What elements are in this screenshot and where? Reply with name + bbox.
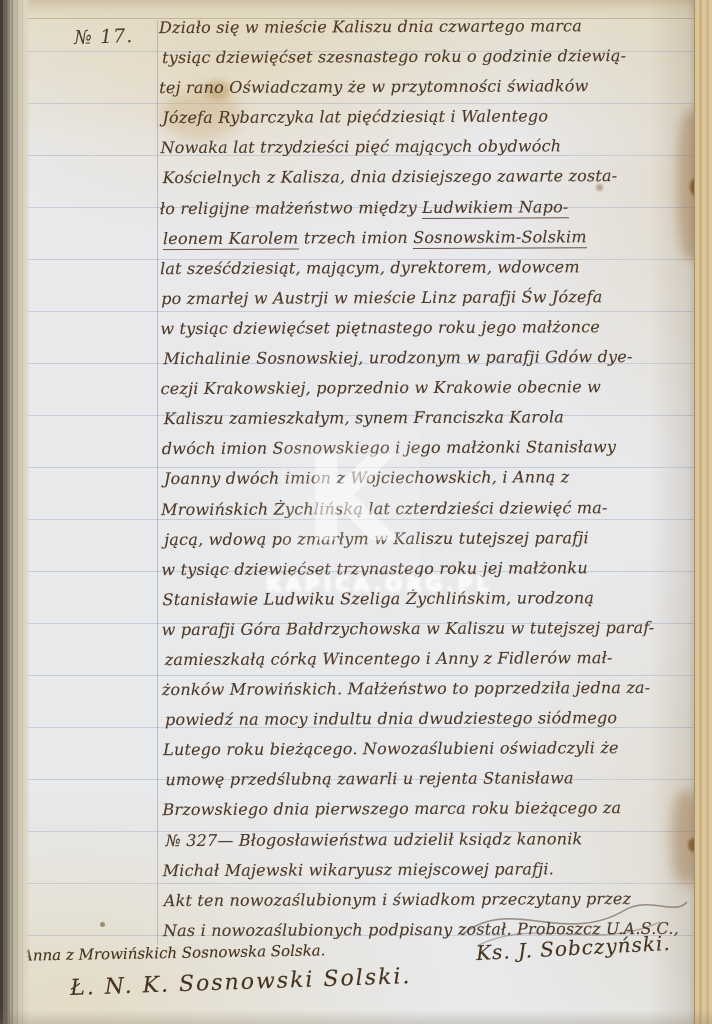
- manuscript-line: Joanny dwóch imion z Wojciechowskich, i …: [161, 467, 661, 499]
- book-gutter: [0, 0, 30, 1024]
- handwritten-text: Mrowińskich Żychlińską lat czterdzieści …: [161, 498, 608, 519]
- handwritten-text: lat sześćdziesiąt, mającym, dyrektorem, …: [160, 257, 580, 278]
- handwritten-text: w parafji Góra Bałdrzychowska w Kaliszu …: [162, 618, 655, 639]
- handwritten-text: Akt ten nowozaślubionym i świadkom przec…: [164, 889, 631, 910]
- handwritten-text: powiedź na mocy indultu dnia dwudziesteg…: [165, 708, 617, 729]
- manuscript-page: № 17. Działo się w mieście Kaliszu dnia …: [0, 0, 712, 1024]
- manuscript-line: zamieszkałą córką Wincentego i Anny z Fi…: [162, 648, 662, 680]
- page-bottom-shadow: [0, 1010, 712, 1024]
- manuscript-line: lat sześćdziesiąt, mającym, dyrektorem, …: [160, 257, 660, 289]
- manuscript-line: Brzowskiego dnia pierwszego marca roku b…: [162, 798, 662, 830]
- manuscript-line: Michalinie Sosnowskiej, urodzonym w para…: [160, 347, 660, 379]
- handwritten-text: w tysiąc dziewięćset piętnastego roku je…: [160, 317, 600, 338]
- handwritten-text: № 327— Błogosławieństwa udzielił ksiądz …: [166, 829, 583, 850]
- manuscript-line: jącą, wdową po zmarłym w Kaliszu tutejsz…: [161, 528, 661, 560]
- manuscript-line: Lutego roku bieżącego. Nowozaślubieni oś…: [162, 738, 662, 770]
- manuscript-line: Akt ten nowozaślubionym i świadkom przec…: [163, 889, 663, 921]
- book-fore-edge: [694, 0, 712, 1024]
- manuscript-line: № 327— Błogosławieństwa udzielił ksiądz …: [163, 828, 663, 860]
- manuscript-line: Działo się w mieście Kaliszu dnia czwart…: [159, 16, 659, 48]
- handwritten-text: Działo się w mieście Kaliszu dnia czwart…: [159, 16, 582, 37]
- handwritten-text: cezji Krakowskiej, poprzednio w Krakowie…: [161, 377, 602, 398]
- manuscript-line: Kaliszu zamieszkałym, synem Franciszka K…: [161, 407, 661, 439]
- manuscript-line: ło religijne małżeństwo między Ludwikiem…: [160, 196, 660, 228]
- handwritten-text: po zmarłej w Austrji w mieście Linz para…: [161, 287, 602, 308]
- handwritten-text: Józefa Rybarczyka lat pięćdziesiąt i Wal…: [162, 107, 548, 128]
- paper-stain: [100, 922, 105, 927]
- handwritten-text: żonków Mrowińskich. Małżeństwo to poprze…: [162, 678, 651, 699]
- manuscript-lines: Działo się w mieście Kaliszu dnia czwart…: [159, 16, 663, 951]
- handwritten-text: ło religijne małżeństwo między: [160, 198, 422, 218]
- handwritten-text: Michalinie Sosnowskiej, urodzonym w para…: [163, 347, 632, 368]
- handwritten-text: trzech imion: [298, 228, 413, 248]
- manuscript-line: Nowaka lat trzydzieści pięć mających oby…: [159, 136, 659, 168]
- handwritten-text: Joanny dwóch imion z Wojciechowskich, i …: [164, 468, 569, 489]
- manuscript-line: Mrowińskich Żychlińską lat czterdzieści …: [161, 497, 661, 529]
- manuscript-line: Michał Majewski wikaryusz miejscowej par…: [163, 859, 663, 891]
- handwritten-text: zamieszkałą córką Wincentego i Anny z Fi…: [165, 648, 613, 669]
- manuscript-line: dwóch imion Sosnowskiego i jego małżonki…: [161, 437, 661, 469]
- handwritten-text: jącą, wdową po zmarłym w Kaliszu tutejsz…: [164, 528, 589, 549]
- manuscript-line: umowę przedślubną zawarli u rejenta Stan…: [162, 768, 662, 800]
- handwritten-text: Stanisławie Ludwiku Szeliga Żychlińskim,…: [162, 588, 594, 609]
- manuscript-line: Stanisławie Ludwiku Szeliga Żychlińskim,…: [161, 588, 661, 620]
- signature-bride: Anna z Mrowińskich Sosnowska Solska.: [22, 941, 326, 964]
- handwritten-text: Nowaka lat trzydzieści pięć mających oby…: [160, 137, 561, 158]
- handwritten-text: Kaliszu zamieszkałym, synem Franciszka K…: [164, 408, 564, 429]
- underlined-text: leonem Karolem: [163, 228, 299, 250]
- manuscript-line: tysiąc dziewięćset szesnastego roku o go…: [159, 46, 659, 78]
- page-curve-shadow: [649, 0, 695, 1024]
- handwritten-text: Brzowskiego dnia pierwszego marca roku b…: [162, 799, 621, 820]
- manuscript-line: Józefa Rybarczyka lat pięćdziesiąt i Wal…: [159, 106, 659, 138]
- manuscript-line: powiedź na mocy indultu dnia dwudziesteg…: [162, 708, 662, 740]
- manuscript-line: Kościelnych z Kalisza, dnia dzisiejszego…: [160, 166, 660, 198]
- manuscript-line: w tysiąc dziewięćset trzynastego roku je…: [161, 558, 661, 590]
- manuscript-line: żonków Mrowińskich. Małżeństwo to poprze…: [162, 678, 662, 710]
- act-number: № 17.: [74, 25, 134, 49]
- stacked-page-edges: [2, 0, 24, 1024]
- underlined-text: Sosnowskim-Solskim: [413, 227, 587, 249]
- handwritten-text: Michał Majewski wikaryusz miejscowej par…: [163, 859, 554, 880]
- manuscript-line: po zmarłej w Austrji w mieście Linz para…: [160, 287, 660, 319]
- manuscript-line: cezji Krakowskiej, poprzednio w Krakowie…: [161, 377, 661, 409]
- handwritten-text: Lutego roku bieżącego. Nowozaślubieni oś…: [163, 738, 619, 759]
- handwritten-text: Kościelnych z Kalisza, dnia dzisiejszego…: [163, 167, 618, 188]
- underlined-text: Ludwikiem Napo-: [422, 197, 568, 219]
- handwritten-text: w tysiąc dziewięćset trzynastego roku je…: [161, 558, 588, 579]
- manuscript-line: w parafji Góra Bałdrzychowska w Kaliszu …: [162, 618, 662, 650]
- handwritten-text: dwóch imion Sosnowskiego i jego małżonki…: [162, 437, 616, 458]
- handwritten-text: tysiąc dziewięćset szesnastego roku o go…: [162, 46, 626, 67]
- manuscript-line: w tysiąc dziewięćset piętnastego roku je…: [160, 317, 660, 349]
- signature-groom: Ł. N. K. Sosnowski Solski.: [70, 964, 412, 1001]
- manuscript-line: tej rano Oświadczamy że w przytomności ś…: [159, 76, 659, 108]
- manuscript-line: leonem Karolem trzech imion Sosnowskim-S…: [160, 227, 660, 259]
- handwritten-text: tej rano Oświadczamy że w przytomności ś…: [159, 76, 588, 97]
- margin-rule-line: [157, 20, 158, 945]
- handwritten-text: umowę przedślubną zawarli u rejenta Stan…: [165, 769, 573, 790]
